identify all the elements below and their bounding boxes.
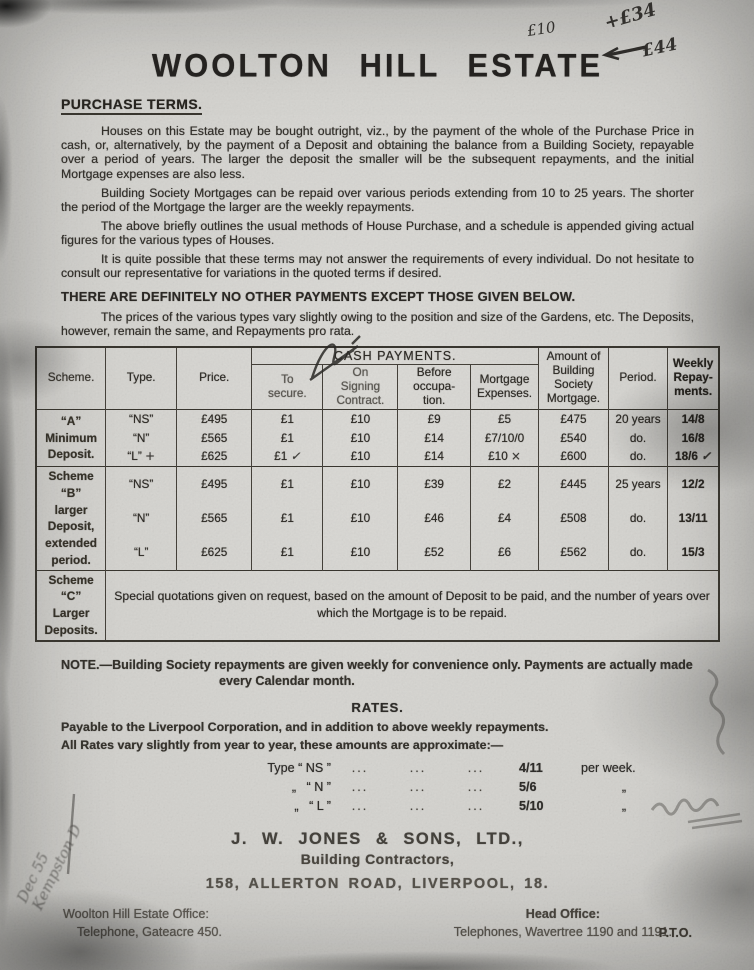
col-header-scheme: Scheme. [36,347,106,410]
cell-price: £625 [177,447,252,466]
dot-leader: ... [331,759,389,778]
cell-on-signing: £10 [323,502,398,536]
dot-leader: ... [389,778,447,797]
cell-period: 20 years [608,409,667,428]
estate-title: WOOLTON HILL ESTATE [35,47,720,84]
rate-type: Type “ NS ” [211,759,331,778]
cell-bs-mortgage: £445 [539,467,609,502]
paragraph: Houses on this Estate may be bought outr… [61,124,694,182]
dot-leader: ... [447,759,505,778]
cell-mortgage-expenses: £7/10/0 [470,429,538,448]
estate-office-contact: Woolton Hill Estate Office: Telephone, G… [61,905,222,942]
cell-mortgage-expenses: £5 [470,409,538,428]
cell-period: do. [608,429,667,448]
cell-before-occupation: £14 [398,429,470,448]
dot-leader: ... [389,797,447,816]
dot-leader: ... [447,778,505,797]
cell-before-occupation: £39 [398,467,470,502]
dot-leader: ... [331,778,389,797]
handwritten-tick-mark: ✓ [291,448,301,465]
dot-leader: ... [447,797,505,816]
dot-leader: ... [331,797,389,816]
cell-before-occupation: £52 [398,535,470,570]
cell-bs-mortgage: £475 [539,409,609,428]
rate-amount: 5/10 [505,797,577,816]
company-role: Building Contractors, [61,851,694,867]
paragraph: Building Society Mortgages can be repaid… [61,186,694,215]
cell-on-signing: £10 [323,467,398,502]
cell-weekly: 16/8 [668,429,719,448]
cell-to-secure: £1 [252,535,323,570]
cell-to-secure: £1 [252,467,323,502]
cell-period: do. [608,502,667,536]
cell-period: do. [608,447,667,466]
table-header-row: Scheme. Type. Price. CASH PAYMENTS. Amou… [36,347,719,365]
col-header-type: Type. [106,347,177,410]
cell-price: £495 [177,467,252,502]
cell-bs-mortgage: £540 [539,429,609,448]
rates-line: Payable to the Liverpool Corporation, an… [61,719,694,737]
col-header-to-secure: To secure. [252,365,323,410]
cell-bs-mortgage: £600 [539,447,609,466]
handwritten-plus-mark: + [145,448,155,465]
cell-type: “L” + [106,447,177,466]
scheme-c-group: Scheme “C” Larger Deposits. Special quot… [36,570,719,641]
cell-to-secure: £1 ✓ [252,447,323,466]
rates-row: Type “ NS ” ... ... ... 4/11 per week. [211,759,694,778]
cell-type: “NS” [106,467,177,502]
rates-row: „ “ L ” ... ... ... 5/10 „ [211,797,694,816]
prices-note-paragraph: The prices of the various types vary sli… [61,310,694,339]
table-row: “A” Minimum Deposit. “NS” £495 £1 £10 £9… [36,409,719,428]
table-row: “N” £565 £1 £10 £46 £4 £508 do. 13/11 [36,502,719,536]
col-header-before-occupation: Before occupa- tion. [398,365,470,410]
cell-type: “N” [106,429,177,448]
rates-list: Type “ NS ” ... ... ... 4/11 per week. „… [211,759,694,816]
scanned-document-page: £10 +£34 £44 Dec 55 Kempston D WOOLTON H… [0,0,754,970]
cell-mortgage-expenses: £10 × [470,447,538,466]
col-header-price: Price. [177,347,252,410]
rate-amount: 5/6 [505,778,577,797]
scheme-b-label: Scheme “B” larger Deposit, extended peri… [36,467,106,571]
table-row: Scheme “C” Larger Deposits. Special quot… [36,570,719,641]
paragraph: It is quite possible that these terms ma… [61,252,694,281]
cell-weekly: 18/6 ✓ [668,447,719,466]
col-header-on-signing: On Signing Contract. [323,365,398,410]
company-address: 158, ALLERTON ROAD, LIVERPOOL, 18. [61,876,694,892]
rate-per-ditto: „ [577,797,667,816]
note-paragraph: NOTE.—Building Society repayments are gi… [61,657,694,690]
cell-on-signing: £10 [323,535,398,570]
col-header-mortgage-expenses: Mortgage Expenses. [470,365,538,410]
cell-mortgage-expenses: £4 [470,502,538,536]
cell-mortgage-expenses: £6 [470,535,538,570]
dot-leader: ... [389,759,447,778]
rate-per: per week. [577,759,667,778]
payment-schedule-table: Scheme. Type. Price. CASH PAYMENTS. Amou… [35,346,720,642]
col-header-weekly: Weekly Repay- ments. [668,347,719,410]
rate-type: „ “ N ” [211,778,331,797]
rate-type: „ “ L ” [211,797,331,816]
rate-per-ditto: „ [577,778,667,797]
cell-price: £495 [177,409,252,428]
company-name: J. W. JONES & SONS, LTD., [61,830,694,849]
cell-to-secure: £1 [252,409,323,428]
col-header-period: Period. [608,347,667,410]
cell-price: £565 [177,502,252,536]
paragraph: The above briefly outlines the usual met… [61,219,694,248]
head-office-contact: Head Office: Telephones, Wavertree 1190 … [454,905,672,942]
cell-before-occupation: £9 [398,409,470,428]
table-row: “L” £625 £1 £10 £52 £6 £562 do. 15/3 [36,535,719,570]
cell-before-occupation: £14 [398,447,470,466]
rates-heading: RATES. [61,700,694,715]
cell-period: do. [608,535,667,570]
cell-price: £565 [177,429,252,448]
table-row: Scheme “B” larger Deposit, extended peri… [36,467,719,502]
cell-on-signing: £10 [323,447,398,466]
scheme-c-text: Special quotations given on request, bas… [106,570,719,641]
cell-to-secure: £1 [252,502,323,536]
cell-before-occupation: £46 [398,502,470,536]
rates-line: All Rates vary slightly from year to yea… [61,737,694,755]
scheme-a-group: “A” Minimum Deposit. “NS” £495 £1 £10 £9… [36,409,719,466]
cell-on-signing: £10 [323,429,398,448]
col-header-bs-mortgage: Amount of Building Society Mortgage. [539,347,609,410]
cell-bs-mortgage: £508 [539,502,609,536]
handwritten-cross-mark: × [511,448,521,465]
cell-type: “L” [106,535,177,570]
cell-mortgage-expenses: £2 [470,467,538,502]
cell-bs-mortgage: £562 [539,535,609,570]
table-row: “N” £565 £1 £10 £14 £7/10/0 £540 do. 16/… [36,429,719,448]
cell-weekly: 15/3 [668,535,719,570]
table-row: “L” + £625 £1 ✓ £10 £14 £10 × £600 do. 1… [36,447,719,466]
scheme-a-label: “A” Minimum Deposit. [36,409,106,466]
scheme-b-group: Scheme “B” larger Deposit, extended peri… [36,467,719,571]
cell-weekly: 12/2 [668,467,719,502]
cell-weekly: 13/11 [668,502,719,536]
pto-label: P.T.O. [659,926,692,940]
cell-weekly: 14/8 [668,409,719,428]
cell-price: £625 [177,535,252,570]
rate-amount: 4/11 [505,759,577,778]
cell-type: “N” [106,502,177,536]
cell-period: 25 years [608,467,667,502]
document-content: WOOLTON HILL ESTATE PURCHASE TERMS. Hous… [0,0,754,970]
handwritten-tick-mark: ✓ [701,448,711,465]
office-contacts: Woolton Hill Estate Office: Telephone, G… [61,905,694,942]
scheme-c-label: Scheme “C” Larger Deposits. [36,570,106,641]
cell-on-signing: £10 [323,409,398,428]
no-other-payments-statement: THERE ARE DEFINITELY NO OTHER PAYMENTS E… [61,289,694,304]
purchase-terms-heading: PURCHASE TERMS. [61,96,202,115]
cash-payments-group-header: CASH PAYMENTS. [252,347,539,365]
cell-to-secure: £1 [252,429,323,448]
cell-type: “NS” [106,409,177,428]
rates-row: „ “ N ” ... ... ... 5/6 „ [211,778,694,797]
